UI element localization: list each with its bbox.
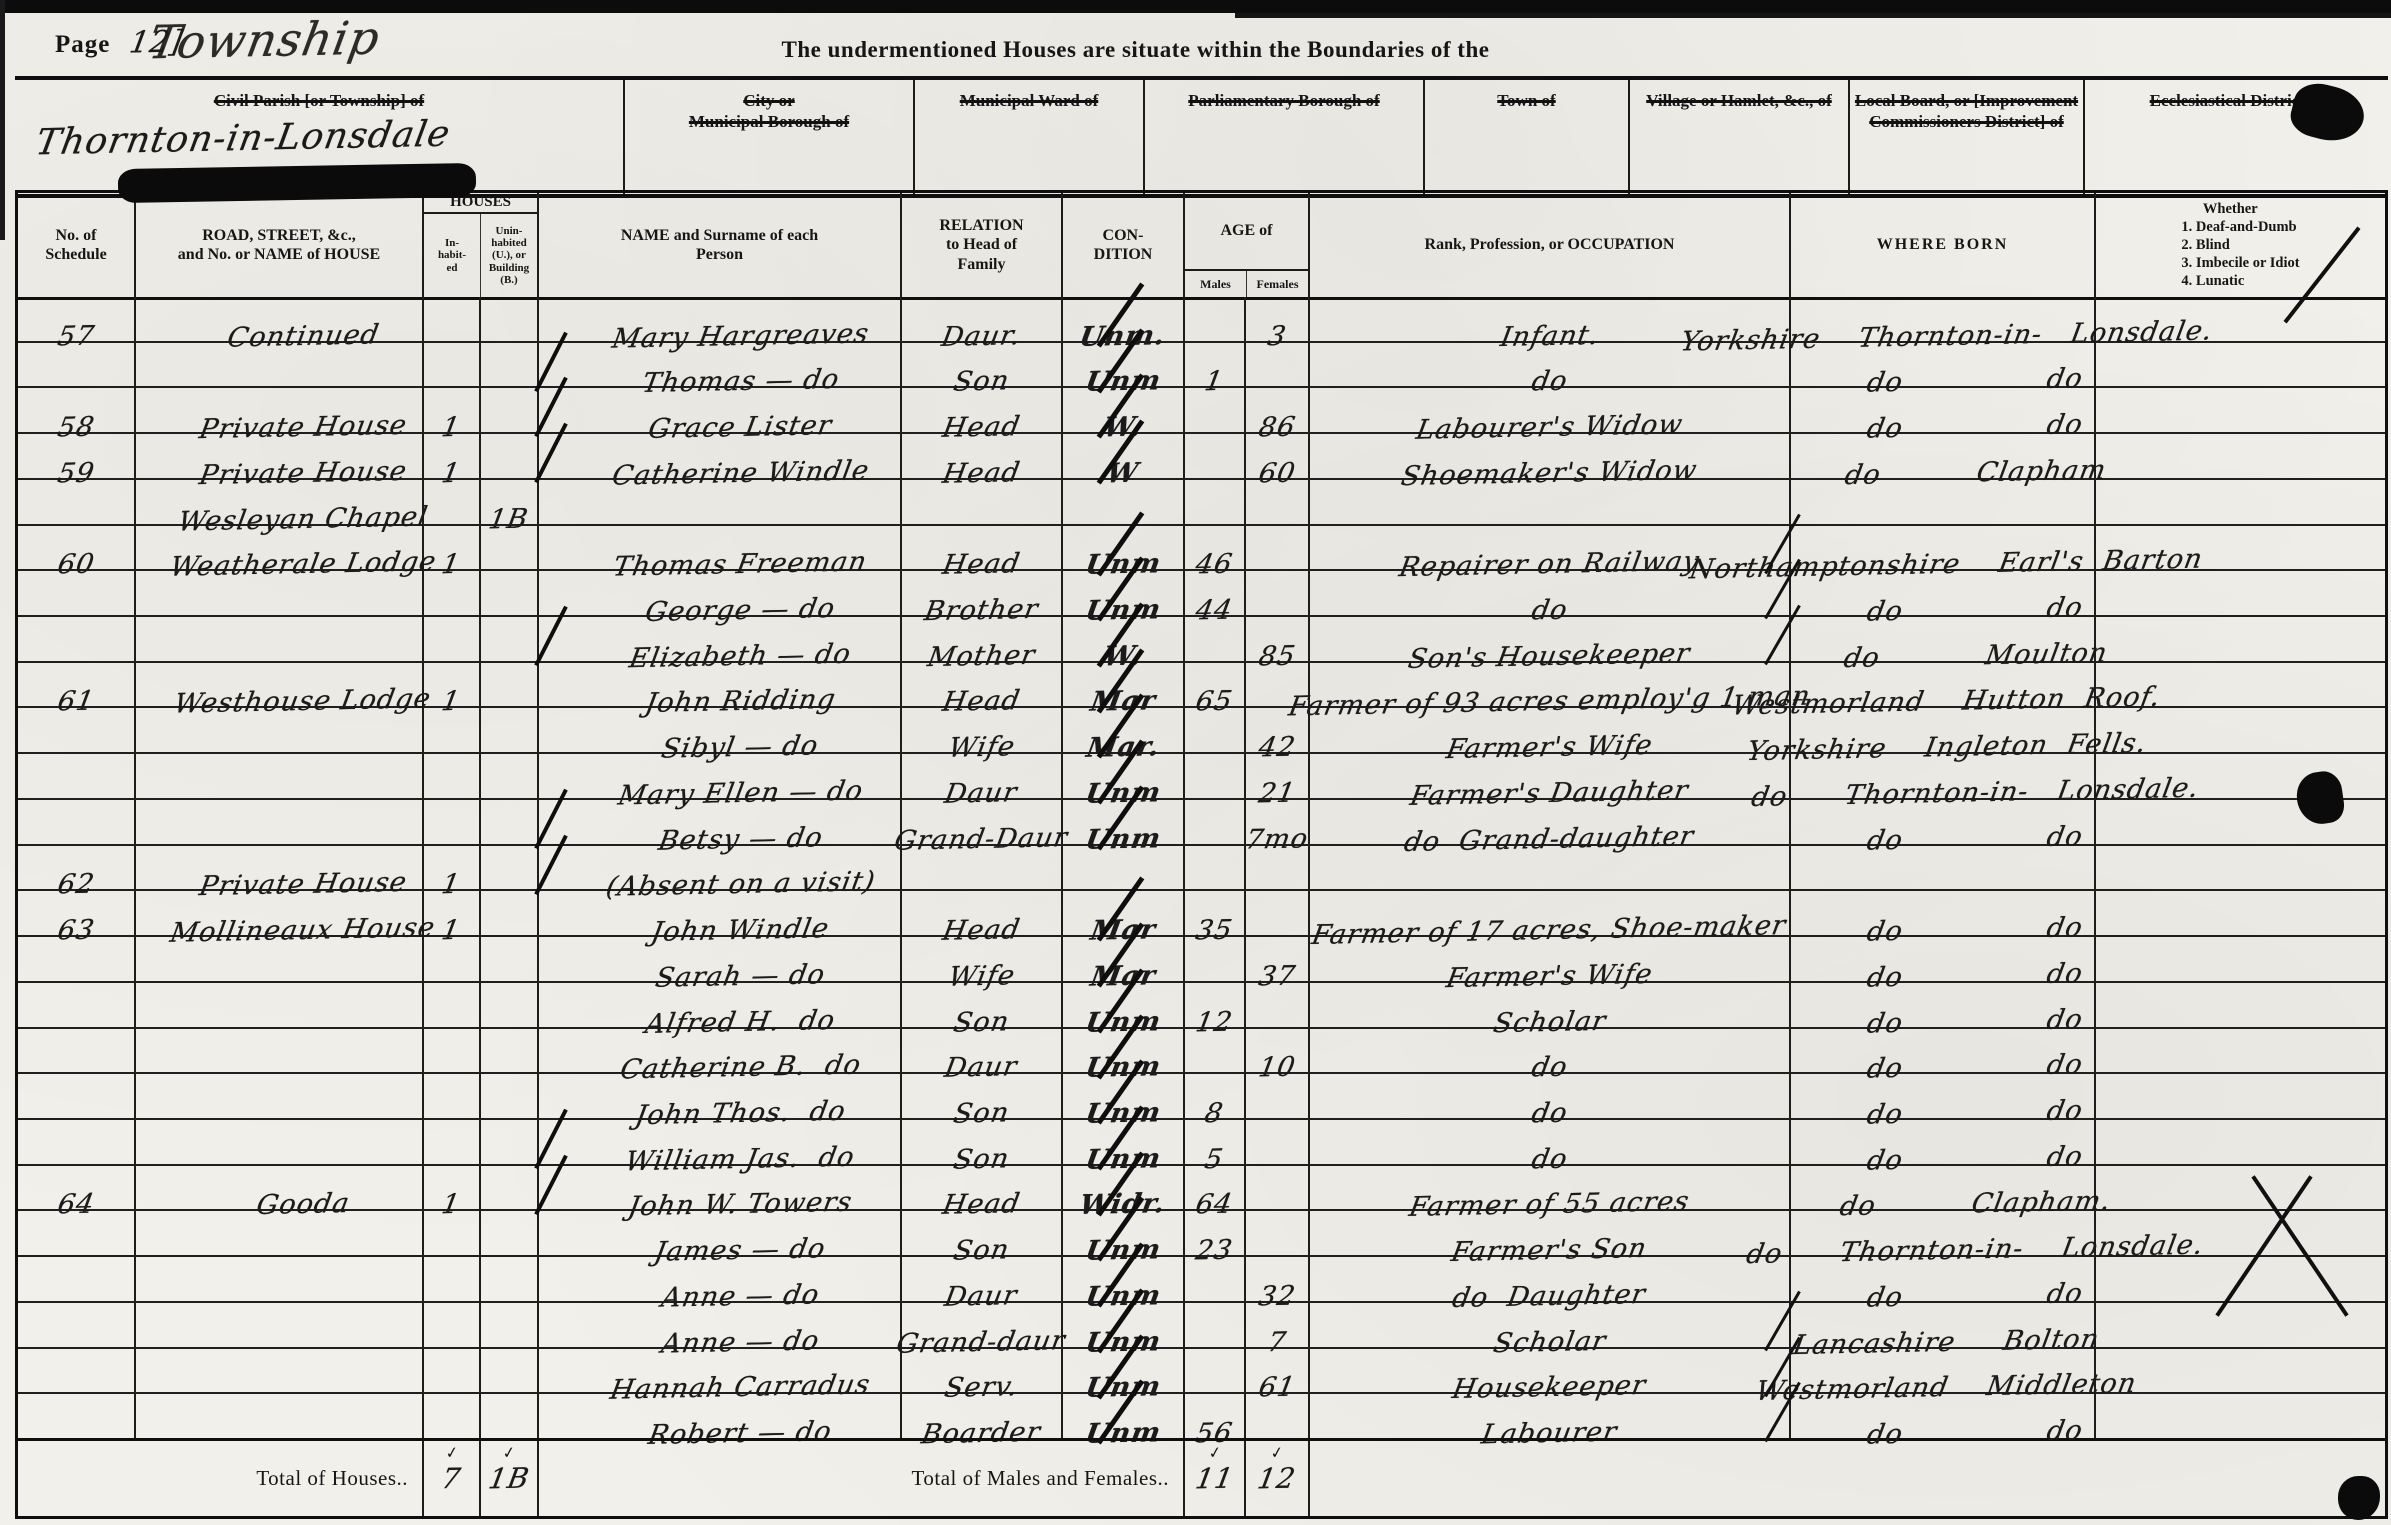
cell-inhabited: 1 <box>424 846 481 890</box>
cell-road <box>136 617 424 661</box>
total-uninhabited-cell: ✓ 1B <box>481 1441 539 1516</box>
cell-condition: Mar <box>1063 891 1185 935</box>
cell-males <box>1185 297 1246 341</box>
cell-females: 21 <box>1246 754 1310 798</box>
cell-uninhabited <box>481 1166 539 1210</box>
cell-females: 32 <box>1246 1257 1310 1301</box>
cell-relation: Grand-Daur <box>902 800 1063 844</box>
cell-road: Mollineaux House <box>136 891 424 935</box>
total-inhabited-cell: ✓ 7 <box>424 1441 481 1516</box>
cell-condition: Unm <box>1063 343 1185 387</box>
cell-name: Catherine B. do <box>539 1029 902 1073</box>
cell-females: 60 <box>1246 434 1310 478</box>
cell-inhabited: 1 <box>424 388 481 432</box>
cell-uninhabited: 1B <box>481 480 539 524</box>
born-handwritten-value: do do <box>1807 1097 2085 1130</box>
cell-uninhabited <box>481 526 539 570</box>
cell-inhabited: 1 <box>424 663 481 707</box>
cell-name: John Thos. do <box>539 1074 902 1118</box>
cell-whether <box>2096 1029 2385 1073</box>
cell-females: 85 <box>1246 617 1310 661</box>
cell-males <box>1185 617 1246 661</box>
total-males-females-label-cell: Total of Males and Females.. <box>539 1441 1185 1516</box>
cell-inhabited: 1 <box>424 891 481 935</box>
cell-males: 44 <box>1185 571 1246 615</box>
cell-condition: Unm <box>1063 1257 1185 1301</box>
cell-uninhabited <box>481 1211 539 1255</box>
born-handwritten-value: do Clapham <box>1785 457 2109 491</box>
cell-inhabited <box>424 1349 481 1393</box>
born-handwritten-value: do do <box>1807 594 2085 627</box>
cell-schedule <box>18 1303 136 1347</box>
cell-males: 12 <box>1185 983 1246 1027</box>
header-occupation-label: Rank, Profession, or OCCUPATION <box>1425 235 1675 254</box>
cell-inhabited <box>424 571 481 615</box>
cell-condition: W. <box>1063 388 1185 432</box>
municipal-borough-label: City or Municipal Borough of <box>689 91 849 131</box>
cell-whether <box>2096 571 2385 615</box>
cell-condition: Unm <box>1063 1211 1185 1255</box>
cell-condition: Unm <box>1063 983 1185 1027</box>
cell-road: Wesleyan Chapel <box>136 480 424 524</box>
cell-schedule <box>18 983 136 1027</box>
ink-redaction-blob <box>118 163 477 203</box>
cell-females: 61 <box>1246 1349 1310 1393</box>
cell-uninhabited <box>481 708 539 752</box>
cell-road <box>136 1029 424 1073</box>
cell-relation: Head <box>902 1166 1063 1210</box>
table-row: 63Mollineaux House1John WindleHeadMar35F… <box>18 891 2385 937</box>
cell-males: 46 <box>1185 526 1246 570</box>
header-inhabited-label: In- habit- ed <box>424 214 481 297</box>
cell-road <box>136 1074 424 1118</box>
cell-name: Mary Ellen — do <box>539 754 902 798</box>
cell-name: Hannah Carradus <box>539 1349 902 1393</box>
cell-schedule: 62 <box>18 846 136 890</box>
cell-inhabited <box>424 983 481 1027</box>
cell-uninhabited <box>481 1303 539 1347</box>
cell-condition: Unm <box>1063 1074 1185 1118</box>
cell-condition: Unm <box>1063 800 1185 844</box>
total-males-females-label: Total of Males and Females.. <box>912 1466 1169 1491</box>
cell-inhabited <box>424 754 481 798</box>
cell-name: (Absent on a visit) <box>539 846 902 890</box>
cell-whether <box>2096 388 2385 432</box>
cell-females <box>1246 1074 1310 1118</box>
header-schedule: No. of Schedule <box>18 193 136 297</box>
check-mark: ✓ <box>501 1442 517 1463</box>
cell-relation: Head <box>902 526 1063 570</box>
cell-condition: Mar. <box>1063 708 1185 752</box>
cell-whether <box>2096 937 2385 981</box>
header-uninhabited-label: Unin- habited (U.), or Building (B.) <box>481 214 537 297</box>
cell-females <box>1246 480 1310 524</box>
cell-occupation: Labourer <box>1310 1394 1791 1438</box>
cell-males <box>1185 1257 1246 1301</box>
census-rows: 57ContinuedMary HargreavesDaur.Unm.3Infa… <box>18 297 2385 1438</box>
cell-relation: Head <box>902 388 1063 432</box>
cell-name: Mary Hargreaves <box>539 297 902 341</box>
born-handwritten-value: do do <box>1807 1280 2085 1313</box>
cell-schedule: 63 <box>18 891 136 935</box>
cell-condition: Unm <box>1063 1029 1185 1073</box>
census-table-header: No. of Schedule ROAD, STREET, &c., and N… <box>18 193 2385 300</box>
page-header: Page 12] Township The undermentioned Hou… <box>0 13 2391 76</box>
cell-condition: W <box>1063 434 1185 478</box>
born-handwritten-value: Lancashire Bolton <box>1791 1325 2101 1358</box>
cell-relation: Daur <box>902 754 1063 798</box>
cell-relation: Daur. <box>902 297 1063 341</box>
table-row: James — doSonUnm23Farmer's Son do Thornt… <box>18 1211 2385 1257</box>
cell-females: 37 <box>1246 937 1310 981</box>
cell-name: Sibyl — do <box>539 708 902 752</box>
table-row: Sibyl — doWifeMar.42Farmer's WifeYorkshi… <box>18 708 2385 754</box>
cell-uninhabited <box>481 434 539 478</box>
total-houses-label: Total of Houses.. <box>256 1466 408 1491</box>
cell-name: William Jas. do <box>539 1120 902 1164</box>
cell-born: Northamptonshire Earl's Barton <box>1791 526 2096 570</box>
cell-born: do do <box>1791 891 2096 935</box>
cell-name: Elizabeth — do <box>539 617 902 661</box>
boundary-cell-municipal-borough: City or Municipal Borough of <box>625 80 915 194</box>
cell-males <box>1185 480 1246 524</box>
cell-schedule <box>18 1349 136 1393</box>
cell-females <box>1246 1120 1310 1164</box>
cell-females: 7 <box>1246 1303 1310 1347</box>
cell-females <box>1246 1211 1310 1255</box>
cell-occupation: Farmer's Wife <box>1310 708 1791 752</box>
cell-condition: Unm <box>1063 1349 1185 1393</box>
cell-road <box>136 1349 424 1393</box>
cell-schedule <box>18 1257 136 1301</box>
cell-males: 56 <box>1185 1394 1246 1438</box>
cell-inhabited <box>424 937 481 981</box>
cell-condition: Unm. <box>1063 297 1185 341</box>
cell-road <box>136 343 424 387</box>
total-females-cell: ✓ 12 <box>1246 1441 1310 1516</box>
header-relation: RELATION to Head of Family <box>902 193 1063 297</box>
cell-inhabited <box>424 1211 481 1255</box>
cell-born: Yorkshire Thornton-in- Lonsdale. <box>1791 297 2096 341</box>
check-mark: ✓ <box>1269 1442 1285 1463</box>
cell-uninhabited <box>481 1394 539 1438</box>
cell-whether <box>2096 343 2385 387</box>
cell-road <box>136 1303 424 1347</box>
cell-name <box>539 480 902 524</box>
table-row: 60Weatherale Lodge1Thomas FreemanHeadUnm… <box>18 526 2385 572</box>
header-name-label: NAME and Surname of each Person <box>621 226 818 264</box>
cell-relation: Daur <box>902 1029 1063 1073</box>
cell-females <box>1246 571 1310 615</box>
cell-occupation: Scholar <box>1310 1303 1791 1347</box>
village-hamlet-label: Village or Hamlet, &c., of <box>1646 91 1832 110</box>
header-road: ROAD, STREET, &c., and No. or NAME of HO… <box>136 193 424 297</box>
born-handwritten-value: do Clapham. <box>1780 1188 2113 1222</box>
cell-males: 5 <box>1185 1120 1246 1164</box>
cell-relation: Head <box>902 434 1063 478</box>
cell-road <box>136 708 424 752</box>
cell-schedule <box>18 617 136 661</box>
census-table: No. of Schedule ROAD, STREET, &c., and N… <box>15 190 2388 1519</box>
cell-relation: Mother <box>902 617 1063 661</box>
cell-females <box>1246 891 1310 935</box>
total-inhabited-value: 7 <box>439 1462 464 1495</box>
cell-road <box>136 754 424 798</box>
cell-road: Private House <box>136 388 424 432</box>
cell-schedule: 58 <box>18 388 136 432</box>
cell-schedule: 64 <box>18 1166 136 1210</box>
header-condition: CON- DITION <box>1063 193 1185 297</box>
cell-road: Gooda <box>136 1166 424 1210</box>
header-occupation: Rank, Profession, or OCCUPATION <box>1310 193 1791 297</box>
cell-road <box>136 1394 424 1438</box>
total-males-cell: ✓ 11 <box>1185 1441 1246 1516</box>
cell-inhabited <box>424 617 481 661</box>
cell-schedule <box>18 1211 136 1255</box>
cell-condition: Unm <box>1063 1120 1185 1164</box>
cell-condition <box>1063 846 1185 890</box>
cell-whether <box>2096 434 2385 478</box>
cell-occupation: Shoemaker's Widow <box>1310 434 1791 478</box>
cell-schedule <box>18 708 136 752</box>
cell-males: 23 <box>1185 1211 1246 1255</box>
table-row: 57ContinuedMary HargreavesDaur.Unm.3Infa… <box>18 297 2385 343</box>
cell-name: James — do <box>539 1211 902 1255</box>
cell-name: Anne — do <box>539 1303 902 1347</box>
cell-schedule <box>18 937 136 981</box>
cell-relation: Grand-daur <box>902 1303 1063 1347</box>
cell-whether <box>2096 480 2385 524</box>
cell-occupation: Scholar <box>1310 983 1791 1027</box>
cell-occupation: Farmer of 93 acres employ'g 1 man <box>1310 663 1791 707</box>
cell-schedule <box>18 1029 136 1073</box>
cell-males: 65 <box>1185 663 1246 707</box>
cell-road: Continued <box>136 297 424 341</box>
cell-males <box>1185 388 1246 432</box>
cell-road: Westhouse Lodge <box>136 663 424 707</box>
cell-inhabited <box>424 1394 481 1438</box>
cell-relation <box>902 480 1063 524</box>
header-age-label: AGE of <box>1185 193 1308 269</box>
cell-inhabited <box>424 1074 481 1118</box>
cell-males <box>1185 1303 1246 1347</box>
cell-occupation: Son's Housekeeper <box>1310 617 1791 661</box>
cell-uninhabited <box>481 1120 539 1164</box>
born-handwritten-value: do do <box>1807 366 2085 399</box>
header-where-born: WHERE BORN <box>1791 193 2096 297</box>
cell-schedule <box>18 1394 136 1438</box>
cell-females: 7mo <box>1246 800 1310 844</box>
cell-uninhabited <box>481 1349 539 1393</box>
cell-uninhabited <box>481 937 539 981</box>
cell-schedule <box>18 754 136 798</box>
cell-females <box>1246 846 1310 890</box>
boundary-cell-parliamentary-borough: Parliamentary Borough of <box>1145 80 1425 194</box>
table-row: 58Private House1Grace ListerHeadW.86Labo… <box>18 388 2385 434</box>
cell-relation: Serv. <box>902 1349 1063 1393</box>
check-mark: ✓ <box>1207 1442 1223 1463</box>
cell-whether <box>2096 617 2385 661</box>
cell-road <box>136 1257 424 1301</box>
cell-occupation: Housekeeper <box>1310 1349 1791 1393</box>
civil-parish-label: Civil Parish [or Township] of <box>214 91 424 110</box>
cell-females: 10 <box>1246 1029 1310 1073</box>
cell-males: 1 <box>1185 343 1246 387</box>
cell-schedule <box>18 1074 136 1118</box>
born-handwritten-value: do do <box>1807 960 2085 993</box>
boundary-cell-village-hamlet: Village or Hamlet, &c., of <box>1630 80 1850 194</box>
cell-condition: Unm <box>1063 526 1185 570</box>
cell-occupation: do <box>1310 1074 1791 1118</box>
cell-uninhabited <box>481 754 539 798</box>
cell-relation: Son <box>902 1074 1063 1118</box>
cell-males <box>1185 754 1246 798</box>
cell-inhabited <box>424 800 481 844</box>
cell-uninhabited <box>481 891 539 935</box>
cell-males <box>1185 846 1246 890</box>
cell-relation: Head <box>902 891 1063 935</box>
cell-males <box>1185 1029 1246 1073</box>
cell-name: Sarah — do <box>539 937 902 981</box>
cell-schedule <box>18 1120 136 1164</box>
cell-uninhabited <box>481 1257 539 1301</box>
totals-filler-cell <box>1310 1441 2385 1516</box>
cell-occupation: Farmer's Wife <box>1310 937 1791 981</box>
cell-relation <box>902 846 1063 890</box>
cell-uninhabited <box>481 297 539 341</box>
cell-condition: W. <box>1063 617 1185 661</box>
born-handwritten-value: do do <box>1807 1143 2085 1176</box>
cell-road: Weatherale Lodge <box>136 526 424 570</box>
cell-inhabited <box>424 1029 481 1073</box>
cell-occupation: Labourer's Widow <box>1310 388 1791 432</box>
cell-inhabited <box>424 1120 481 1164</box>
cell-relation: Brother <box>902 571 1063 615</box>
civil-parish-handwritten-value: Thornton-in-Lonsdale <box>33 114 454 164</box>
local-board-label: Local Board, or [Improvement Commissione… <box>1855 91 2078 131</box>
cell-relation: Wife <box>902 937 1063 981</box>
cell-whether <box>2096 983 2385 1027</box>
cell-schedule <box>18 800 136 844</box>
cell-name: John Ridding <box>539 663 902 707</box>
born-handwritten-value: do Moulton <box>1784 639 2110 673</box>
cell-condition: Unm <box>1063 754 1185 798</box>
cell-uninhabited <box>481 617 539 661</box>
check-mark: ✓ <box>444 1442 460 1463</box>
cell-schedule: 59 <box>18 434 136 478</box>
cell-road <box>136 1211 424 1255</box>
boundary-cell-municipal-ward: Municipal Ward of <box>915 80 1145 194</box>
cell-relation: Daur <box>902 1257 1063 1301</box>
cell-road <box>136 1120 424 1164</box>
cell-males <box>1185 708 1246 752</box>
cell-whether <box>2096 1074 2385 1118</box>
cell-females <box>1246 343 1310 387</box>
cell-name: Grace Lister <box>539 388 902 432</box>
cell-females <box>1246 1394 1310 1438</box>
cell-condition: Widr. <box>1063 1166 1185 1210</box>
total-females-value: 12 <box>1255 1462 1299 1496</box>
cell-occupation <box>1310 480 1791 524</box>
cell-condition: Mar <box>1063 937 1185 981</box>
cell-name: George — do <box>539 571 902 615</box>
cell-relation: Son <box>902 1211 1063 1255</box>
born-handwritten-value: do do <box>1807 411 2085 444</box>
cell-name: John W. Towers <box>539 1166 902 1210</box>
cell-inhabited: 1 <box>424 526 481 570</box>
cell-relation: Boarder <box>902 1394 1063 1438</box>
town-label: Town of <box>1497 91 1555 110</box>
cell-females <box>1246 1166 1310 1210</box>
cell-name: Alfred H. do <box>539 983 902 1027</box>
cell-occupation: Farmer of 17 acres, Shoe-maker <box>1310 891 1791 935</box>
cell-condition: Unm <box>1063 1394 1185 1438</box>
cell-males: 64 <box>1185 1166 1246 1210</box>
cell-uninhabited <box>481 388 539 432</box>
cell-name: Catherine Windle <box>539 434 902 478</box>
cell-females: 86 <box>1246 388 1310 432</box>
cell-condition: Unm <box>1063 571 1185 615</box>
header-relation-label: RELATION to Head of Family <box>939 216 1023 274</box>
census-page-scan: Page 12] Township The undermentioned Hou… <box>0 0 2391 1525</box>
cell-road: Private House <box>136 434 424 478</box>
cell-inhabited <box>424 1257 481 1301</box>
cell-inhabited <box>424 480 481 524</box>
born-handwritten-value: do do <box>1807 914 2085 947</box>
cell-occupation <box>1310 846 1791 890</box>
header-schedule-label: No. of Schedule <box>45 226 106 264</box>
cell-whether <box>2096 1394 2385 1438</box>
cell-males: 35 <box>1185 891 1246 935</box>
cell-females: 42 <box>1246 708 1310 752</box>
cell-schedule: 60 <box>18 526 136 570</box>
total-males-value: 11 <box>1193 1462 1237 1496</box>
cell-whether <box>2096 1120 2385 1164</box>
boundary-cell-town: Town of <box>1425 80 1630 194</box>
born-handwritten-value: do do <box>1807 1006 2085 1039</box>
cell-uninhabited <box>481 800 539 844</box>
cell-males <box>1185 800 1246 844</box>
cell-road <box>136 800 424 844</box>
cell-inhabited <box>424 1303 481 1347</box>
born-handwritten-value: do do <box>1807 1051 2085 1084</box>
total-uninhabited-value: 1B <box>486 1462 532 1496</box>
totals-row: Total of Houses.. ✓ 7 ✓ 1B Total of Male… <box>18 1438 2385 1516</box>
cell-inhabited <box>424 708 481 752</box>
cell-schedule: 61 <box>18 663 136 707</box>
born-handwritten-value: do do <box>1807 823 2085 856</box>
cell-schedule <box>18 571 136 615</box>
cell-name: Thomas — do <box>539 343 902 387</box>
cell-schedule <box>18 343 136 387</box>
cell-name: Anne — do <box>539 1257 902 1301</box>
cell-uninhabited <box>481 571 539 615</box>
cell-road <box>136 983 424 1027</box>
parliamentary-borough-label: Parliamentary Borough of <box>1188 91 1379 110</box>
header-females-label: Females <box>1247 271 1308 297</box>
cell-inhabited <box>424 343 481 387</box>
cell-relation: Son <box>902 343 1063 387</box>
header-where-born-label: WHERE BORN <box>1877 235 2009 254</box>
cell-females <box>1246 526 1310 570</box>
header-age: AGE of Males Females <box>1185 193 1310 297</box>
cell-uninhabited <box>481 983 539 1027</box>
cell-uninhabited <box>481 343 539 387</box>
header-males-label: Males <box>1185 271 1247 297</box>
municipal-ward-label: Municipal Ward of <box>960 91 1099 110</box>
cell-males <box>1185 1349 1246 1393</box>
cell-relation: Wife <box>902 708 1063 752</box>
